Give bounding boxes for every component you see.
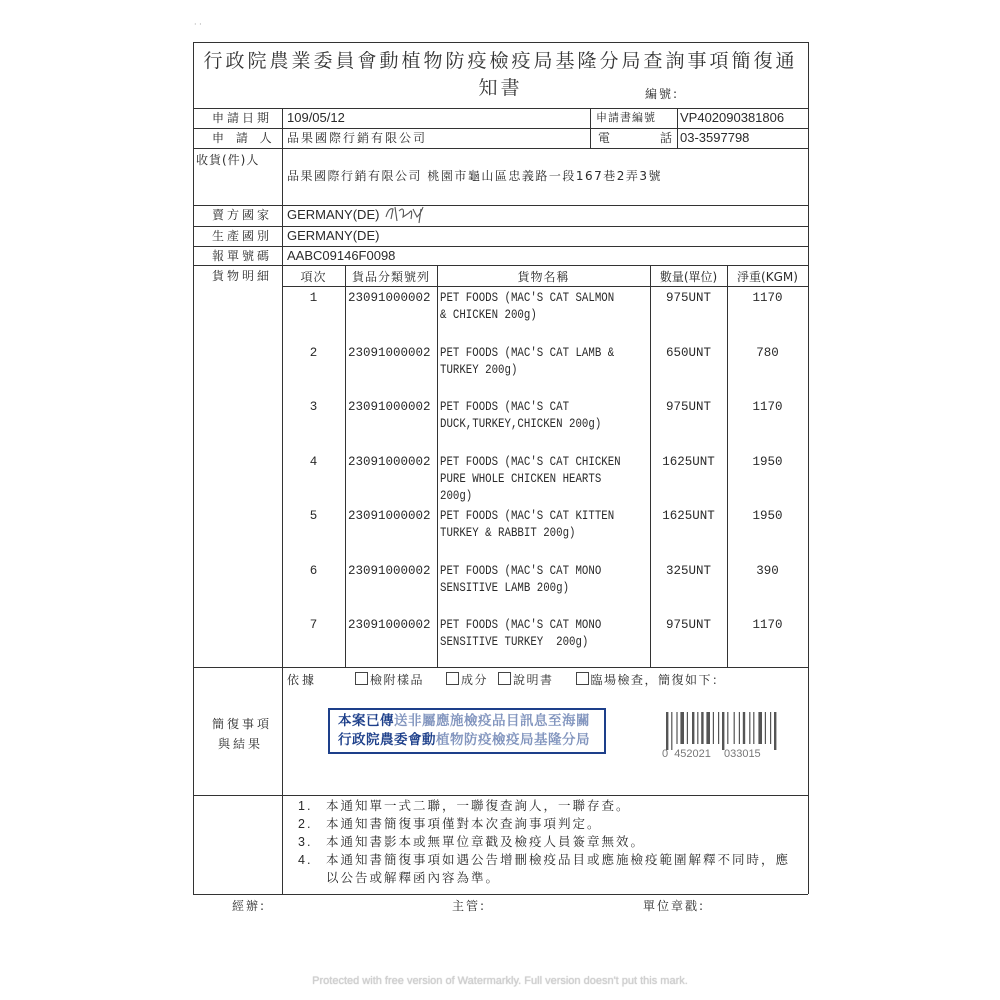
basis-label: 依據 [287, 672, 317, 688]
goods-net-weight: 1950 [727, 454, 808, 471]
note-number: 1. [298, 797, 326, 815]
phone-label-1: 電 [598, 130, 613, 146]
checkbox-label: 說明書 [513, 673, 554, 687]
applicant-label: 申 請 人 [212, 130, 276, 146]
note-text: 本通知書簡復事項如遇公告增刪檢疫品目或應施檢疫範圍解釋不同時，應 [326, 852, 790, 867]
goods-details-label: 貨物明細 [212, 268, 272, 284]
consignee-value: 品果國際行銷有限公司 桃園市龜山區忠義路一段167巷2弄3號 [287, 168, 662, 184]
basis-checkbox[interactable]: 臨場檢查，簡復如下： [576, 673, 726, 687]
goods-hs-code: 23091000002 [348, 345, 431, 362]
declaration-number-label: 報單號碼 [212, 248, 272, 264]
checkbox-label: 臨場檢查，簡復如下： [591, 673, 726, 687]
goods-name: PET FOODS (MAC'S CAT CHICKEN PURE WHOLE … [440, 454, 655, 505]
supervisor-signature-label: 主管: [452, 897, 486, 914]
note-text: 本通知單一式二聯，一聯復查詢人，一聯存查。 [326, 798, 631, 813]
goods-name: PET FOODS (MAC'S CAT DUCK,TURKEY,CHICKEN… [440, 399, 655, 433]
document-title: 行政院農業委員會動植物防疫檢疫局基隆分局查詢事項簡復通知書 [193, 46, 808, 100]
results-label-line1: 簡復事項 [212, 716, 272, 732]
note-item: 以公告或解釋函內容為準。 [298, 869, 790, 887]
col-header-hs-code: 貨品分類號列 [345, 269, 437, 285]
goods-net-weight: 390 [727, 563, 808, 580]
goods-item-no: 1 [282, 290, 345, 307]
note-number: 3. [298, 833, 326, 851]
goods-quantity: 975UNT [650, 290, 727, 307]
goods-quantity: 1625UNT [650, 508, 727, 525]
goods-quantity: 1625UNT [650, 454, 727, 471]
declaration-number-value: AABC09146F0098 [287, 248, 395, 264]
checkbox-square-icon[interactable] [355, 672, 368, 685]
unit-seal-label: 單位章戳: [643, 897, 705, 914]
origin-country-value: GERMANY(DE) [287, 228, 379, 244]
basis-checkbox[interactable]: 成分 [446, 673, 488, 687]
goods-quantity: 325UNT [650, 563, 727, 580]
phone-value: 03-3597798 [680, 130, 749, 146]
goods-name: PET FOODS (MAC'S CAT LAMB & TURKEY 200g) [440, 345, 655, 379]
basis-checkbox[interactable]: 檢附樣品 [355, 673, 424, 687]
scan-speckle: · · [194, 20, 202, 29]
application-date-label: 申請日期 [212, 110, 272, 126]
basis-checkbox-group: 檢附樣品成分說明書臨場檢查，簡復如下： [355, 672, 726, 688]
application-number-label: 申請書編號 [596, 110, 656, 126]
goods-net-weight: 1950 [727, 508, 808, 525]
checkbox-square-icon[interactable] [576, 672, 589, 685]
checkbox-label: 檢附樣品 [370, 673, 424, 687]
goods-hs-code: 23091000002 [348, 508, 431, 525]
goods-name: PET FOODS (MAC'S CAT KITTEN TURKEY & RAB… [440, 508, 655, 542]
serial-number-label: 編號: [645, 86, 679, 102]
goods-item-no: 4 [282, 454, 345, 471]
goods-hs-code: 23091000002 [348, 563, 431, 580]
results-label-line2: 與結果 [218, 736, 263, 752]
checkbox-label: 成分 [461, 673, 488, 687]
note-item: 1.本通知單一式二聯，一聯復查詢人，一聯存查。 [298, 797, 790, 815]
goods-item-no: 7 [282, 617, 345, 634]
note-number: 2. [298, 815, 326, 833]
goods-hs-code: 23091000002 [348, 399, 431, 416]
handwritten-initials [383, 203, 427, 225]
goods-net-weight: 1170 [727, 399, 808, 416]
goods-quantity: 975UNT [650, 399, 727, 416]
seller-country-label: 賣方國家 [212, 207, 272, 223]
goods-name: PET FOODS (MAC'S CAT MONO SENSITIVE LAMB… [440, 563, 655, 597]
consignee-label: 收貨(件)人 [196, 152, 259, 168]
applicant-value: 品果國際行銷有限公司 [287, 130, 427, 146]
goods-hs-code: 23091000002 [348, 617, 431, 634]
goods-item-no: 2 [282, 345, 345, 362]
col-header-quantity: 數量(單位) [650, 269, 727, 285]
note-item: 2.本通知書簡復事項僅對本次查詢事項判定。 [298, 815, 790, 833]
goods-name: PET FOODS (MAC'S CAT SALMON & CHICKEN 20… [440, 290, 655, 324]
note-item: 4.本通知書簡復事項如遇公告增刪檢疫品目或應施檢疫範圍解釋不同時，應 [298, 851, 790, 869]
col-header-item-no: 項次 [282, 269, 345, 285]
basis-checkbox[interactable]: 說明書 [498, 673, 554, 687]
note-number: 4. [298, 851, 326, 869]
col-header-goods-name: 貨物名稱 [437, 269, 650, 285]
goods-net-weight: 1170 [727, 290, 808, 307]
barcode-group-1: 452021 [674, 748, 711, 760]
origin-country-label: 生產國別 [212, 228, 272, 244]
watermark-text: Protected with free version of Watermark… [0, 975, 1000, 987]
col-header-net-weight: 淨重(KGM) [727, 269, 808, 285]
barcode: 0 452021 033015 [662, 710, 782, 762]
note-text: 本通知書簡復事項僅對本次查詢事項判定。 [326, 816, 602, 831]
customs-notice-stamp: 本案已傳送非屬應施檢疫品目訊息至海關 行政院農委會動植物防疫檢疫局基隆分局 [328, 708, 606, 754]
barcode-left-digit: 0 [662, 748, 668, 760]
note-text: 以公告或解釋函內容為準。 [326, 870, 500, 885]
goods-net-weight: 1170 [727, 617, 808, 634]
seller-country-value: GERMANY(DE) [287, 207, 379, 223]
goods-item-no: 6 [282, 563, 345, 580]
handler-signature-label: 經辦: [232, 897, 266, 914]
goods-hs-code: 23091000002 [348, 454, 431, 471]
goods-quantity: 650UNT [650, 345, 727, 362]
note-text: 本通知書影本或無單位章戳及檢疫人員簽章無效。 [326, 834, 645, 849]
goods-net-weight: 780 [727, 345, 808, 362]
barcode-group-2: 033015 [724, 748, 761, 760]
application-number-value: VP402090381806 [680, 110, 784, 126]
checkbox-square-icon[interactable] [498, 672, 511, 685]
goods-name: PET FOODS (MAC'S CAT MONO SENSITIVE TURK… [440, 617, 655, 651]
checkbox-square-icon[interactable] [446, 672, 459, 685]
goods-quantity: 975UNT [650, 617, 727, 634]
phone-label-2: 話 [660, 130, 675, 146]
goods-item-no: 5 [282, 508, 345, 525]
goods-hs-code: 23091000002 [348, 290, 431, 307]
notes-list: 1.本通知單一式二聯，一聯復查詢人，一聯存查。2.本通知書簡復事項僅對本次查詢事… [298, 797, 790, 887]
goods-item-no: 3 [282, 399, 345, 416]
application-date-value: 109/05/12 [287, 110, 345, 126]
note-item: 3.本通知書影本或無單位章戳及檢疫人員簽章無效。 [298, 833, 790, 851]
